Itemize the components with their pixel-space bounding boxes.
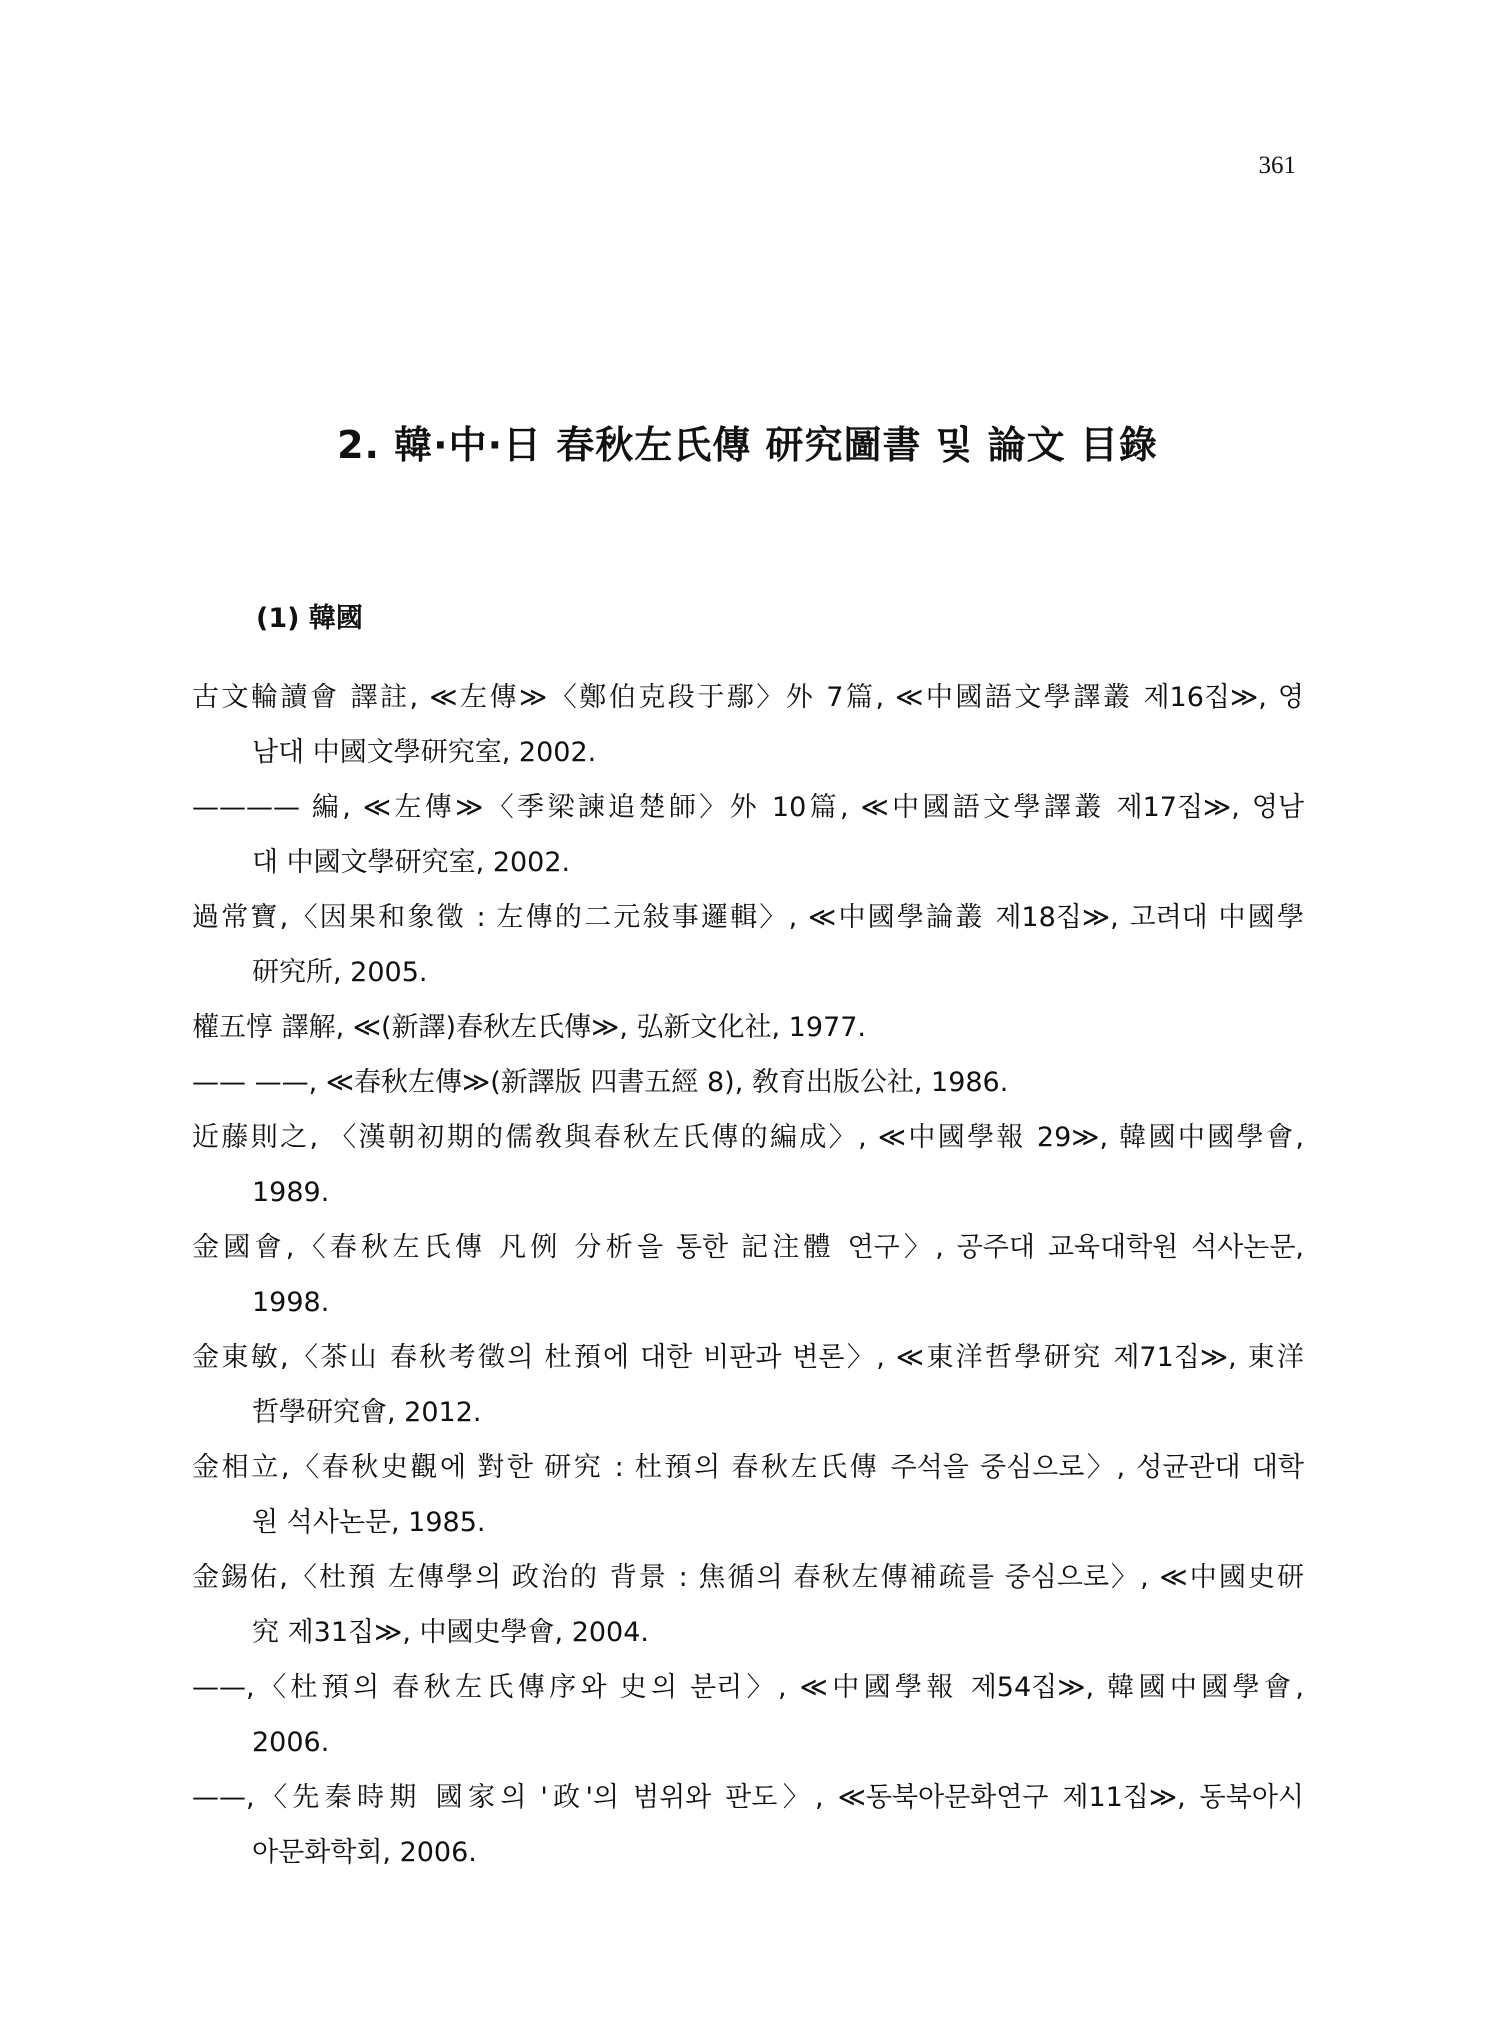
- entry-line: 古文輪讀會 譯註, ≪左傳≫〈鄭伯克段于鄢〉外 7篇, ≪中國語文學譯叢 제16…: [192, 670, 1304, 725]
- bibliography-entry: 金相立,〈春秋史觀에 對한 研究 : 杜預의 春秋左氏傳 주석을 중심으로〉, …: [192, 1440, 1304, 1550]
- entry-continuation-line: 대 中國文學研究室, 2002.: [192, 835, 1304, 890]
- entry-continuation-line: 원 석사논문, 1985.: [192, 1495, 1304, 1550]
- entry-line: 金相立,〈春秋史觀에 對한 研究 : 杜預의 春秋左氏傳 주석을 중심으로〉, …: [192, 1440, 1304, 1495]
- entry-line: 金東敏,〈茶山 春秋考徵의 杜預에 대한 비판과 변론〉, ≪東洋哲學研究 제7…: [192, 1330, 1304, 1385]
- entry-continuation-line: 1989.: [192, 1165, 1304, 1220]
- bibliography-entry: 金東敏,〈茶山 春秋考徵의 杜預에 대한 비판과 변론〉, ≪東洋哲學研究 제7…: [192, 1330, 1304, 1440]
- entry-line: 過常寶,〈因果和象徵 : 左傳的二元敍事邏輯〉, ≪中國學論叢 제18집≫, 고…: [192, 890, 1304, 945]
- entry-line: —— ——, ≪春秋左傳≫(新譯版 四書五經 8), 敎育出版公社, 1986.: [192, 1055, 1304, 1110]
- entry-continuation-line: 1998.: [192, 1275, 1304, 1330]
- page-number: 361: [1236, 152, 1296, 180]
- entry-continuation-line: 究 제31집≫, 中國史學會, 2004.: [192, 1605, 1304, 1660]
- bibliography-entry: 古文輪讀會 譯註, ≪左傳≫〈鄭伯克段于鄢〉外 7篇, ≪中國語文學譯叢 제16…: [192, 670, 1304, 780]
- entry-continuation-line: 研究所, 2005.: [192, 945, 1304, 1000]
- bibliography-list: 古文輪讀會 譯註, ≪左傳≫〈鄭伯克段于鄢〉外 7篇, ≪中國語文學譯叢 제16…: [192, 670, 1304, 1880]
- entry-continuation-line: 아문화학회, 2006.: [192, 1825, 1304, 1880]
- entry-line: ——,〈先秦時期 國家의 '政'의 범위와 판도〉, ≪동북아문화연구 제11집…: [192, 1770, 1304, 1825]
- entry-line: ——,〈杜預의 春秋左氏傳序와 史의 분리〉, ≪中國學報 제54집≫, 韓國中…: [192, 1660, 1304, 1715]
- bibliography-entry: ——,〈先秦時期 國家의 '政'의 범위와 판도〉, ≪동북아문화연구 제11집…: [192, 1770, 1304, 1880]
- entry-line: 權五惇 譯解, ≪(新譯)春秋左氏傳≫, 弘新文化社, 1977.: [192, 1000, 1304, 1055]
- bibliography-entry: 金錫佑,〈杜預 左傳學의 政治的 背景 : 焦循의 春秋左傳補疏를 중심으로〉,…: [192, 1550, 1304, 1660]
- bibliography-entry: ———— 編, ≪左傳≫〈季梁諫追楚師〉外 10篇, ≪中國語文學譯叢 제17집…: [192, 780, 1304, 890]
- bibliography-entry: —— ——, ≪春秋左傳≫(新譯版 四書五經 8), 敎育出版公社, 1986.: [192, 1055, 1304, 1110]
- entry-continuation-line: 哲學研究會, 2012.: [192, 1385, 1304, 1440]
- entry-line: 金國會,〈春秋左氏傳 凡例 分析을 통한 記注體 연구〉, 공주대 교육대학원 …: [192, 1220, 1304, 1275]
- entry-continuation-line: 2006.: [192, 1715, 1304, 1770]
- bibliography-entry: 過常寶,〈因果和象徵 : 左傳的二元敍事邏輯〉, ≪中國學論叢 제18집≫, 고…: [192, 890, 1304, 1000]
- entry-line: ———— 編, ≪左傳≫〈季梁諫追楚師〉外 10篇, ≪中國語文學譯叢 제17집…: [192, 780, 1304, 835]
- subsection-heading: (1) 韓國: [256, 596, 363, 635]
- bibliography-entry: 近藤則之, 〈漢朝初期的儒敎與春秋左氏傳的編成〉, ≪中國學報 29≫, 韓國中…: [192, 1110, 1304, 1220]
- entry-line: 近藤則之, 〈漢朝初期的儒敎與春秋左氏傳的編成〉, ≪中國學報 29≫, 韓國中…: [192, 1110, 1304, 1165]
- bibliography-entry: 權五惇 譯解, ≪(新譯)春秋左氏傳≫, 弘新文化社, 1977.: [192, 1000, 1304, 1055]
- bibliography-entry: 金國會,〈春秋左氏傳 凡例 分析을 통한 記注體 연구〉, 공주대 교육대학원 …: [192, 1220, 1304, 1330]
- bibliography-entry: ——,〈杜預의 春秋左氏傳序와 史의 분리〉, ≪中國學報 제54집≫, 韓國中…: [192, 1660, 1304, 1770]
- entry-continuation-line: 남대 中國文學研究室, 2002.: [192, 725, 1304, 780]
- entry-line: 金錫佑,〈杜預 左傳學의 政治的 背景 : 焦循의 春秋左傳補疏를 중심으로〉,…: [192, 1550, 1304, 1605]
- section-title: 2. 韓·中·日 春秋左氏傳 研究圖書 및 論文 目錄: [0, 414, 1495, 469]
